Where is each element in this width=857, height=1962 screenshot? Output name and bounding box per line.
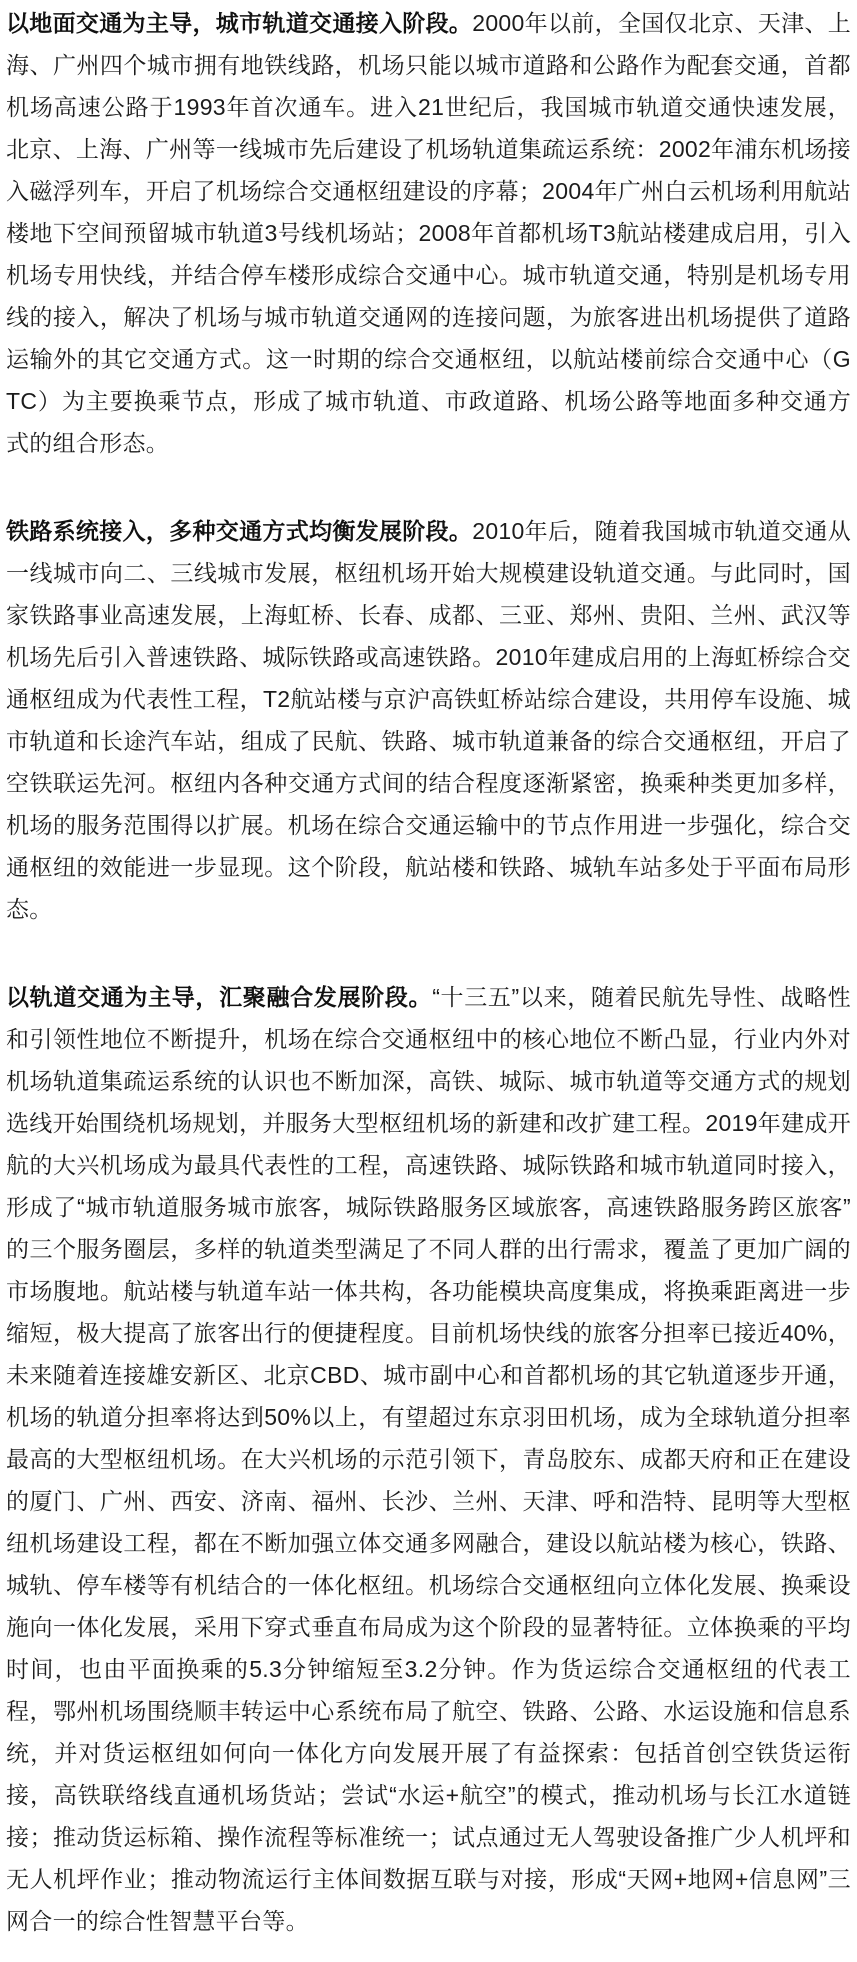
paragraph-body: 2000年以前，全国仅北京、天津、上海、广州四个城市拥有地铁线路，机场只能以城市… (6, 10, 851, 456)
paragraph-rail-dominant-stage: 以轨道交通为主导，汇聚融合发展阶段。“十三五”以来，随着民航先导性、战略性和引领… (6, 976, 851, 1942)
paragraph-lead: 以地面交通为主导，城市轨道交通接入阶段。 (6, 10, 472, 36)
paragraph-body: 2010年后，随着我国城市轨道交通从一线城市向二、三线城市发展，枢纽机场开始大规… (6, 518, 851, 922)
paragraph-railway-access-stage: 铁路系统接入，多种交通方式均衡发展阶段。2010年后，随着我国城市轨道交通从一线… (6, 510, 851, 930)
paragraph-ground-transport-stage: 以地面交通为主导，城市轨道交通接入阶段。2000年以前，全国仅北京、天津、上海、… (6, 2, 851, 464)
paragraph-lead: 铁路系统接入，多种交通方式均衡发展阶段。 (6, 518, 472, 544)
paragraph-body: “十三五”以来，随着民航先导性、战略性和引领性地位不断提升，机场在综合交通枢纽中… (6, 984, 851, 1934)
paragraph-lead: 以轨道交通为主导，汇聚融合发展阶段。 (6, 984, 432, 1010)
article-page: 以地面交通为主导，城市轨道交通接入阶段。2000年以前，全国仅北京、天津、上海、… (0, 0, 857, 1962)
